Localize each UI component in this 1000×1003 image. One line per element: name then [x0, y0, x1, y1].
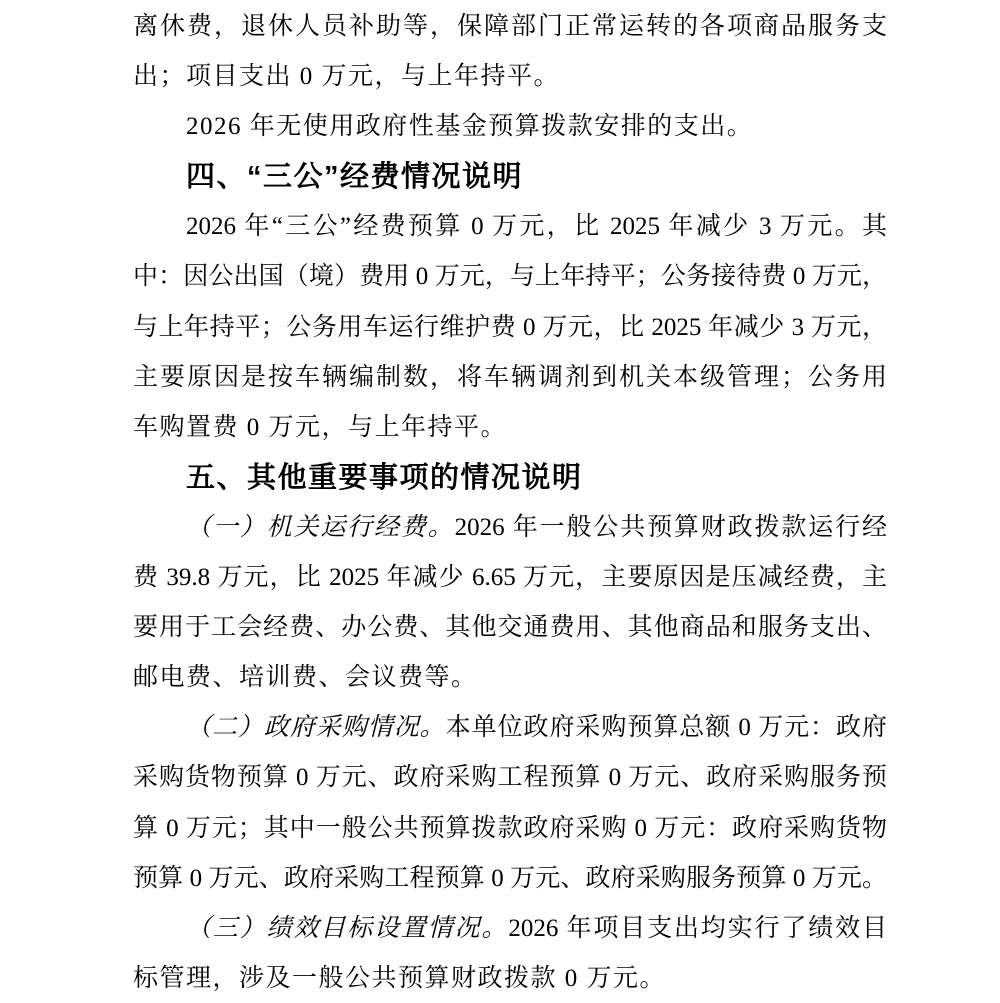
document-content: 离休费，退休人员补助等，保障部门正常运转的各项商品服务支出；项目支出 0 万元，… — [133, 0, 887, 1003]
heading-other-important-items: 五、其他重要事项的情况说明 — [133, 453, 887, 503]
text-run-body: 离休费，退休人员补助等，保障部门正常运转的各项商品服务支 — [133, 13, 887, 40]
paragraph-three-public-detail: 2026 年“三公”经费预算 0 万元，比 2025 年减少 3 万元。其中：因… — [133, 202, 887, 452]
text-line: 采购货物预算 0 万元、政府采购工程预算 0 万元、政府采购服务预 — [133, 753, 887, 803]
paragraph-performance-targets: （三）绩效目标设置情况。2026 年项目支出均实行了绩效目标管理，涉及一般公共预… — [133, 904, 887, 1003]
text-run-body: 邮电费、培训费、会议费等。 — [133, 664, 478, 691]
text-run-body: 2026 年无使用政府性基金预算拨款安排的支出。 — [186, 113, 753, 140]
text-line: 离休费，退休人员补助等，保障部门正常运转的各项商品服务支 — [133, 2, 887, 52]
text-run-body: 中：因公出国（境）费用 0 万元，与上年持平；公务接待费 0 万元， — [133, 263, 887, 290]
document-page: 离休费，退休人员补助等，保障部门正常运转的各项商品服务支出；项目支出 0 万元，… — [0, 0, 1000, 1003]
paragraph-continuation: 离休费，退休人员补助等，保障部门正常运转的各项商品服务支出；项目支出 0 万元，… — [133, 2, 887, 102]
text-line: 预算 0 万元、政府采购工程预算 0 万元、政府采购服务预算 0 万元。 — [133, 854, 887, 904]
text-line: 车购置费 0 万元，与上年持平。 — [133, 403, 887, 453]
text-line: 邮电费、培训费、会议费等。 — [133, 653, 887, 703]
text-line: 五、其他重要事项的情况说明 — [133, 453, 887, 503]
paragraph-agency-operating-funds: （一）机关运行经费。2026 年一般公共预算财政拨款运行经费 39.8 万元，比… — [133, 503, 887, 703]
text-run-body: 费 39.8 万元，比 2025 年减少 6.65 万元，主要原因是压减经费，主 — [133, 564, 887, 591]
paragraph-gov-fund-note: 2026 年无使用政府性基金预算拨款安排的支出。 — [133, 102, 887, 152]
text-run-body: 算 0 万元；其中一般公共预算拨款政府采购 0 万元：政府采购货物 — [133, 815, 887, 842]
text-run-body: 本单位政府采购预算总额 0 万元：政府 — [446, 714, 887, 741]
text-line: 费 39.8 万元，比 2025 年减少 6.65 万元，主要原因是压减经费，主 — [133, 553, 887, 603]
text-run-body: 与上年持平；公务用车运行维护费 0 万元，比 2025 年减少 3 万元， — [133, 314, 887, 341]
text-run-body: 2026 年项目支出均实行了绩效目 — [508, 915, 887, 942]
text-run-subhead: （三）绩效目标设置情况。 — [186, 915, 508, 942]
text-run-body: 2026 年“三公”经费预算 0 万元，比 2025 年减少 3 万元。其 — [186, 213, 887, 240]
paragraph-gov-procurement: （二）政府采购情况。本单位政府采购预算总额 0 万元：政府采购货物预算 0 万元… — [133, 703, 887, 903]
heading-three-public-funds: 四、“三公”经费情况说明 — [133, 152, 887, 202]
text-run-body: 2026 年一般公共预算财政拨款运行经 — [455, 514, 887, 541]
text-run-subhead: （一）机关运行经费。 — [186, 514, 455, 541]
text-run-body: 采购货物预算 0 万元、政府采购工程预算 0 万元、政府采购服务预 — [133, 764, 887, 791]
text-line: 出；项目支出 0 万元，与上年持平。 — [133, 52, 887, 102]
text-run-body: 出；项目支出 0 万元，与上年持平。 — [133, 63, 560, 90]
text-run-body: 标管理，涉及一般公共预算财政拨款 0 万元。 — [133, 965, 666, 992]
text-line: 主要原因是按车辆编制数，将车辆调剂到机关本级管理；公务用 — [133, 353, 887, 403]
text-run-subhead: （二）政府采购情况。 — [186, 714, 446, 741]
text-line: （一）机关运行经费。2026 年一般公共预算财政拨款运行经 — [133, 503, 887, 553]
text-line: 与上年持平；公务用车运行维护费 0 万元，比 2025 年减少 3 万元， — [133, 303, 887, 353]
text-run-body: 预算 0 万元、政府采购工程预算 0 万元、政府采购服务预算 0 万元。 — [133, 865, 887, 892]
text-run-body: 要用于工会经费、办公费、其他交通费用、其他商品和服务支出、 — [133, 614, 887, 641]
text-run-heading: 五、其他重要事项的情况说明 — [186, 462, 583, 494]
text-line: 2026 年无使用政府性基金预算拨款安排的支出。 — [133, 102, 887, 152]
text-line: （三）绩效目标设置情况。2026 年项目支出均实行了绩效目 — [133, 904, 887, 954]
text-line: 算 0 万元；其中一般公共预算拨款政府采购 0 万元：政府采购货物 — [133, 804, 887, 854]
text-line: 四、“三公”经费情况说明 — [133, 152, 887, 202]
text-line: 2026 年“三公”经费预算 0 万元，比 2025 年减少 3 万元。其 — [133, 202, 887, 252]
text-line: （二）政府采购情况。本单位政府采购预算总额 0 万元：政府 — [133, 703, 887, 753]
text-line: 中：因公出国（境）费用 0 万元，与上年持平；公务接待费 0 万元， — [133, 252, 887, 302]
text-run-body: 车购置费 0 万元，与上年持平。 — [133, 414, 507, 441]
text-line: 标管理，涉及一般公共预算财政拨款 0 万元。 — [133, 954, 887, 1003]
text-run-body: 主要原因是按车辆编制数，将车辆调剂到机关本级管理；公务用 — [133, 364, 887, 391]
text-line: 要用于工会经费、办公费、其他交通费用、其他商品和服务支出、 — [133, 603, 887, 653]
text-run-heading: 四、“三公”经费情况说明 — [186, 161, 523, 193]
